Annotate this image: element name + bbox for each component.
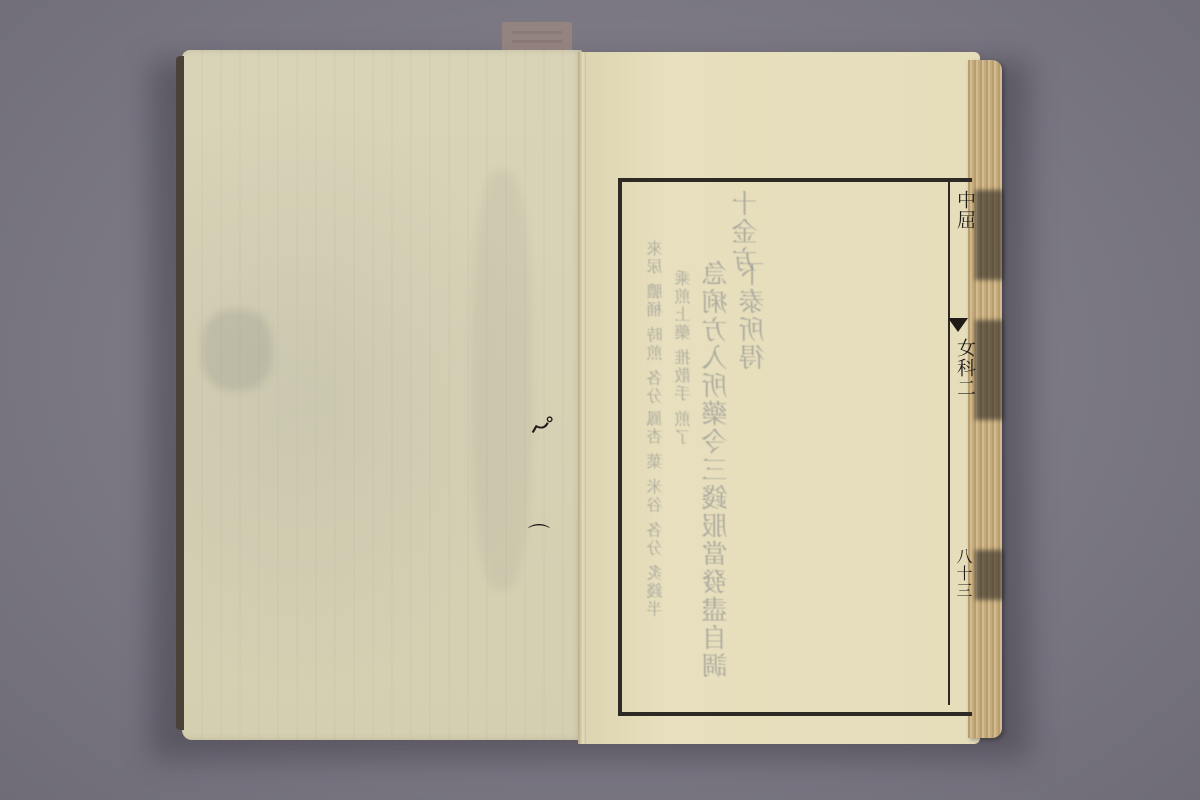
edge-ink (975, 320, 1003, 420)
block-heart-page-number: 八十三 (952, 548, 975, 599)
edge-ink (975, 190, 1003, 280)
block-heart-line (948, 180, 950, 705)
label-line (512, 31, 562, 34)
fish-tail-mark (948, 318, 968, 332)
stain (472, 170, 532, 590)
bleed-through-column: 乘煎上藥 推散手 煎了 (672, 270, 695, 446)
block-heart-title: 中屈 (952, 190, 979, 230)
left-page-edge (176, 56, 184, 730)
bleed-through-column: 來尿 膿桶 時煎 各分 (644, 240, 667, 405)
label-line (512, 40, 562, 43)
wormhole: ⌒ (528, 526, 550, 548)
edge-ink (975, 550, 1003, 600)
left-page: ᓮ ⌒ (182, 50, 582, 740)
bleed-through-column: 急痢方入所藥令三錢服當發盡自調下泰所得 (698, 260, 772, 702)
block-heart-section: 女科二 (952, 338, 979, 398)
bleed-through-area: 十金方 急痢方入所藥令三錢服當發盡自調下泰所得 乘煎上藥 推散手 煎了 來尿 膿… (638, 190, 948, 702)
bleed-through-column: 鳳杏 葉 米谷 各分 炙錢半 (644, 410, 667, 618)
stain (202, 310, 272, 390)
